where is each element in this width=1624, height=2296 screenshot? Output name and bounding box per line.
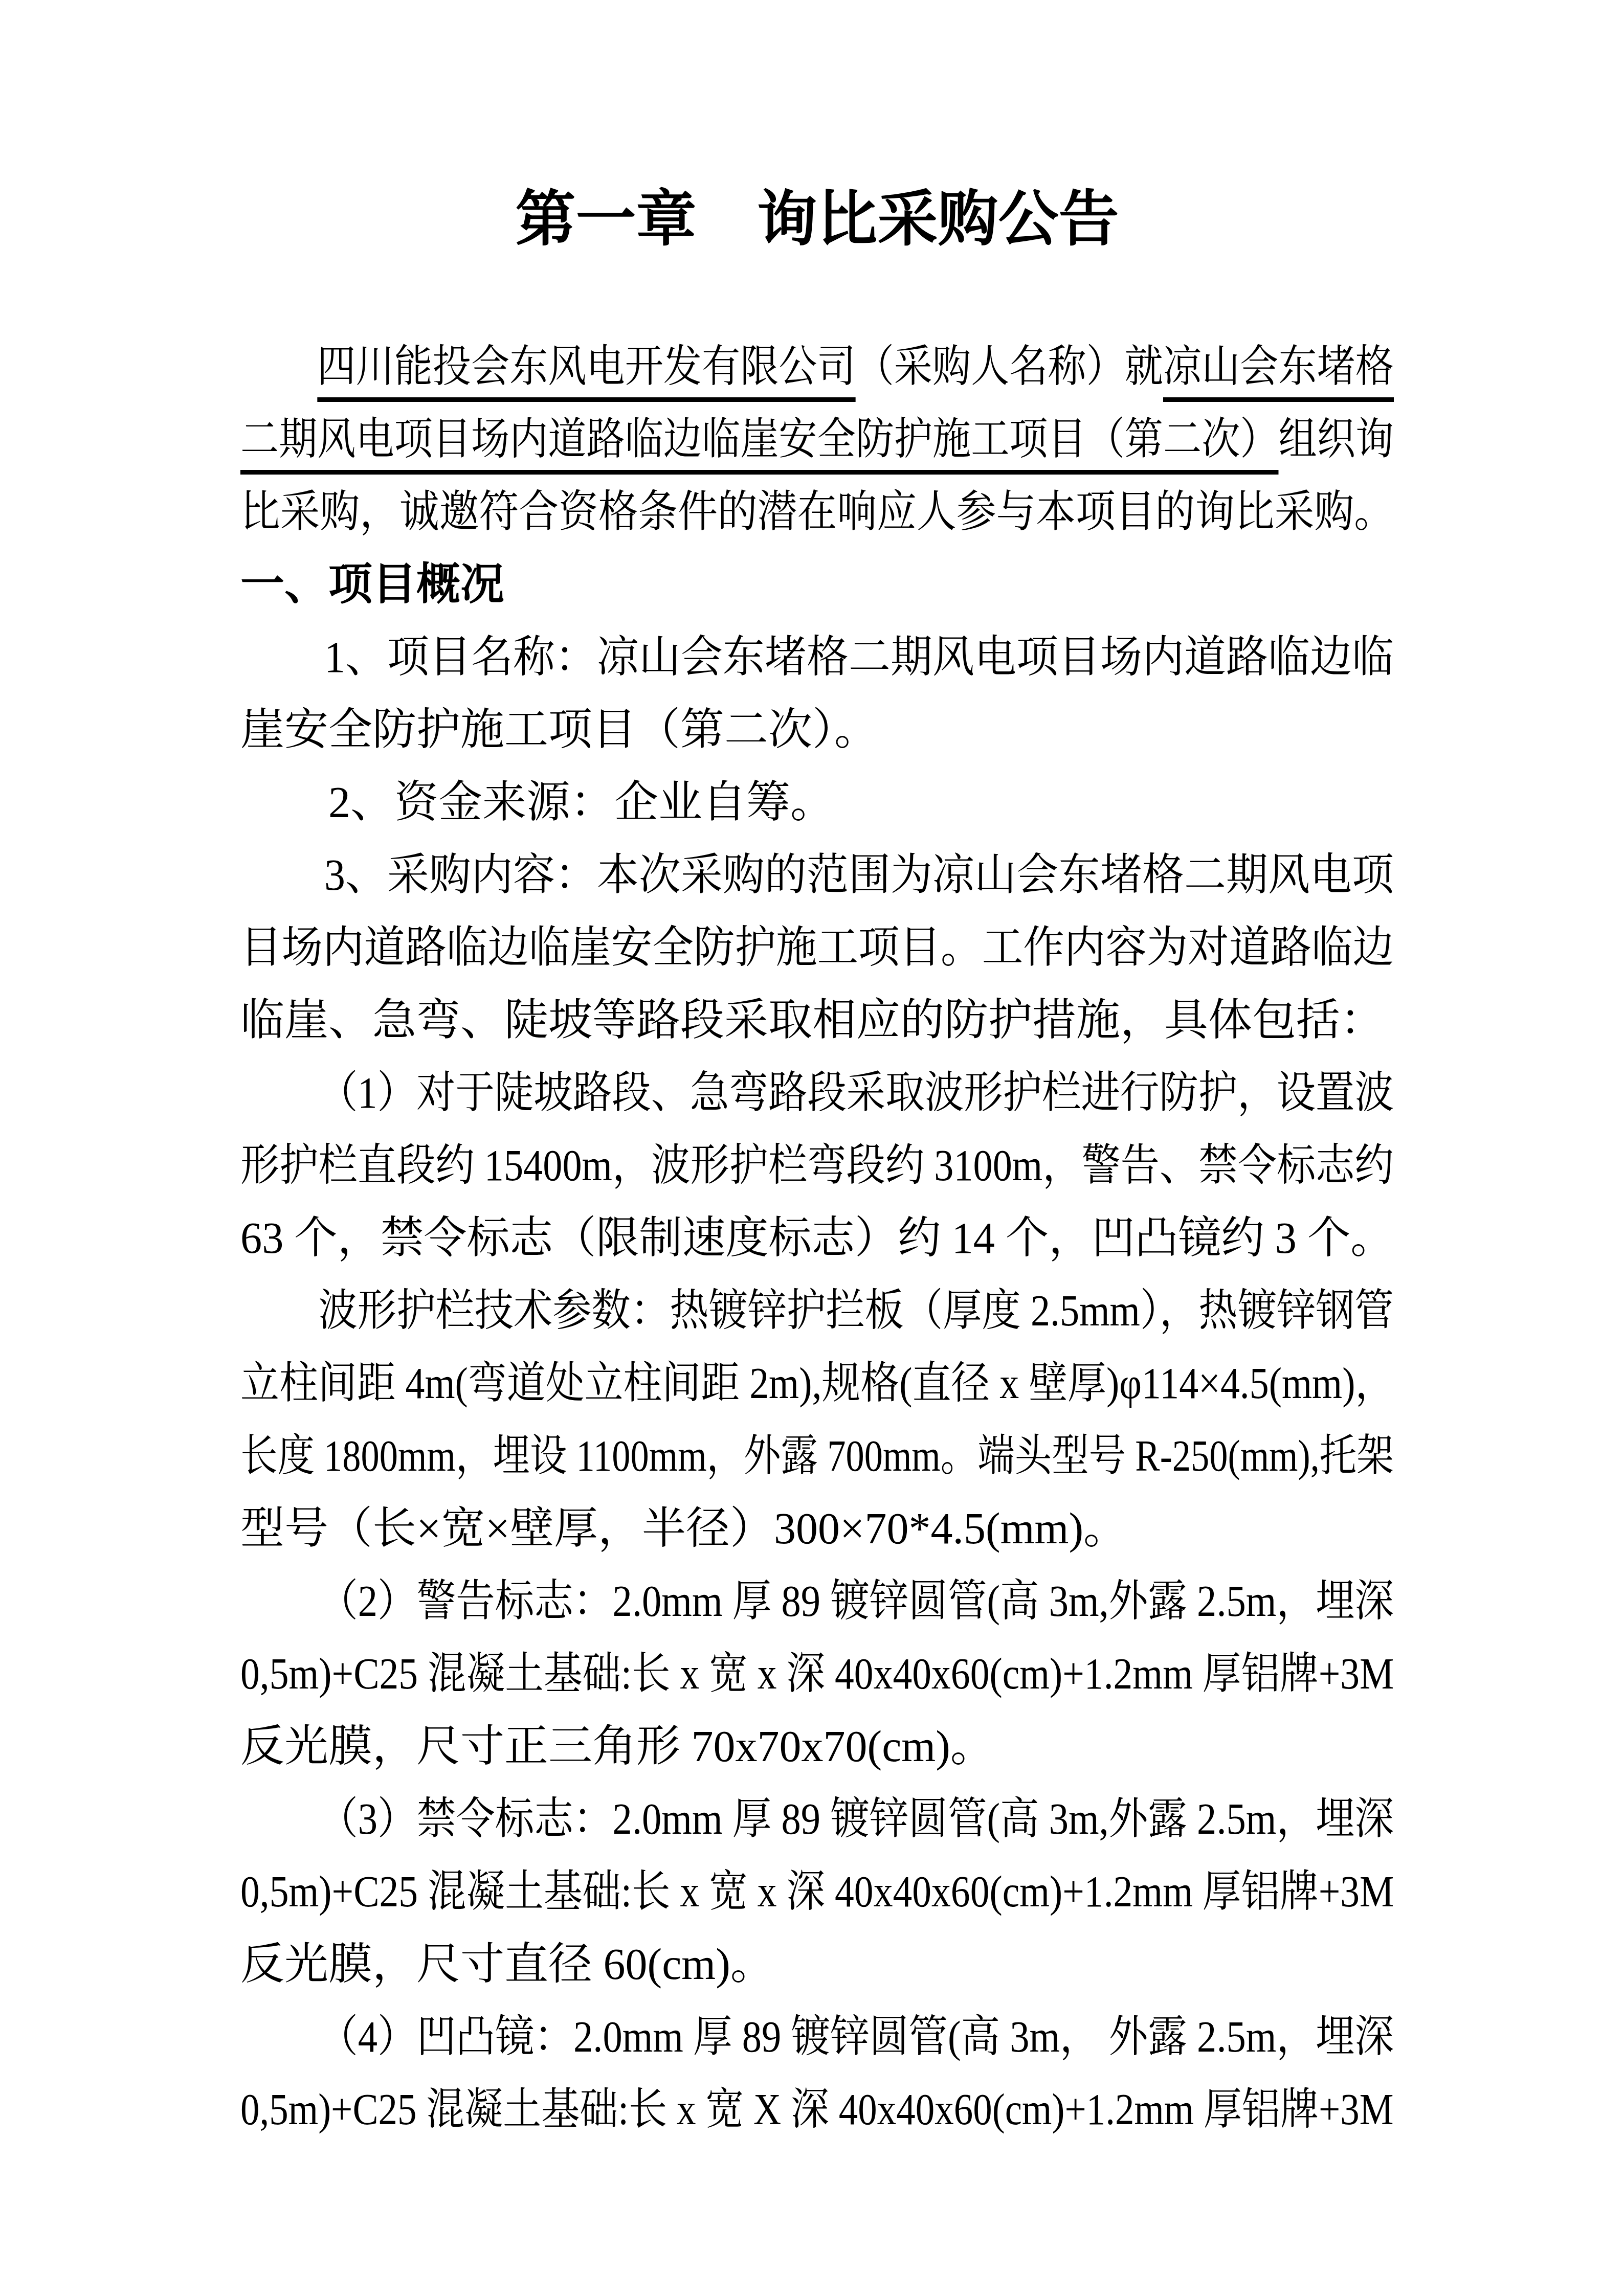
- sub3-line-2: 0,5m)+C25 混凝土基础:长 x 宽 x 深 40x40x60(cm)+1…: [240, 1855, 1254, 1928]
- item3-line-3: 临崖、急弯、陡坡等路段采取相应的防护措施，具体包括：: [240, 984, 1394, 1056]
- tech-line-1: 波形护栏技术参数：热镀锌护拦板（厚度 2.5mm），热镀锌钢管: [240, 1274, 1263, 1347]
- tech-line-4: 型号（长×宽×壁厚，半径）300×70*4.5(mm)。: [240, 1492, 1394, 1565]
- sub4-line-1: （4）凹凸镜：2.0mm 厚 89 镀锌圆管(高 3m， 外露 2.5m，埋深: [240, 2000, 1267, 2073]
- document-page: 第一章 询比采购公告 四川能投会东风电开发有限公司（采购人名称）就凉山会东堵格 …: [0, 0, 1624, 2296]
- underlined-text: 凉山会东堵格: [1163, 342, 1394, 402]
- sub1-line-2: 形护栏直段约 15400m，波形护栏弯段约 3100m，警告、禁令标志约: [240, 1129, 1263, 1202]
- sub3-line-3: 反光膜，尺寸直径 60(cm)。: [240, 1928, 1394, 2000]
- intro-line-3: 比采购，诚邀符合资格条件的潜在响应人参与本项目的询比采购。: [240, 476, 1283, 548]
- item2-line-1: 2、资金来源：企业自筹。: [240, 766, 1394, 839]
- item1-line-2: 崖安全防护施工项目（第二次）。: [240, 693, 1394, 766]
- tech-line-2: 立柱间距 4m(弯道处立柱间距 2m),规格(直径 x 壁厚)φ114×4.5(…: [240, 1347, 1258, 1420]
- chapter-title: 第一章 询比采购公告: [240, 179, 1394, 261]
- sub2-line-2: 0,5m)+C25 混凝土基础:长 x 宽 x 深 40x40x60(cm)+1…: [240, 1637, 1254, 1710]
- item1-line-1: 1、项目名称：凉山会东堵格二期风电项目场内道路临边临: [240, 621, 1340, 693]
- section1-heading: 一、项目概况: [240, 548, 1394, 621]
- page-content: 第一章 询比采购公告 四川能投会东风电开发有限公司（采购人名称）就凉山会东堵格 …: [0, 0, 1624, 2146]
- plain-text: （采购人名称）就: [856, 342, 1163, 391]
- tech-line-3: 长度 1800mm，埋设 1100mm，外露 700mm。端头型号 R-250(…: [240, 1420, 1213, 1492]
- plain-text: 组织询: [1279, 415, 1394, 464]
- intro-line-1: 四川能投会东风电开发有限公司（采购人名称）就凉山会东堵格: [240, 330, 1249, 403]
- underlined-text: 二期风电项目场内道路临边临崖安全防护施工项目（第二次）: [240, 415, 1279, 475]
- sub2-line-3: 反光膜，尺寸正三角形 70x70x70(cm)。: [240, 1710, 1394, 1783]
- sub1-line-1: （1）对于陡坡路段、急弯路段采取波形护栏进行防护，设置波: [240, 1056, 1265, 1129]
- intro-line-2: 二期风电项目场内道路临边临崖安全防护施工项目（第二次）组织询: [240, 403, 1249, 476]
- sub4-line-2: 0,5m)+C25 混凝土基础:长 x 宽 X 深 40x40x60(cm)+1…: [240, 2073, 1247, 2146]
- sub2-line-1: （2）警告标志：2.0mm 厚 89 镀锌圆管(高 3m,外露 2.5m，埋深: [240, 1565, 1267, 1637]
- item3-line-2: 目场内道路临边临崖安全防护施工项目。工作内容为对道路临边: [240, 911, 1321, 984]
- underlined-text: 四川能投会东风电开发有限公司: [317, 342, 855, 402]
- item3-line-1: 3、采购内容：本次采购的范围为凉山会东堵格二期风电项: [240, 839, 1340, 911]
- sub1-line-3: 63 个，禁令标志（限制速度标志）约 14 个，凹凸镜约 3 个。: [240, 1202, 1371, 1274]
- sub3-line-1: （3）禁令标志：2.0mm 厚 89 镀锌圆管(高 3m,外露 2.5m，埋深: [240, 1783, 1267, 1855]
